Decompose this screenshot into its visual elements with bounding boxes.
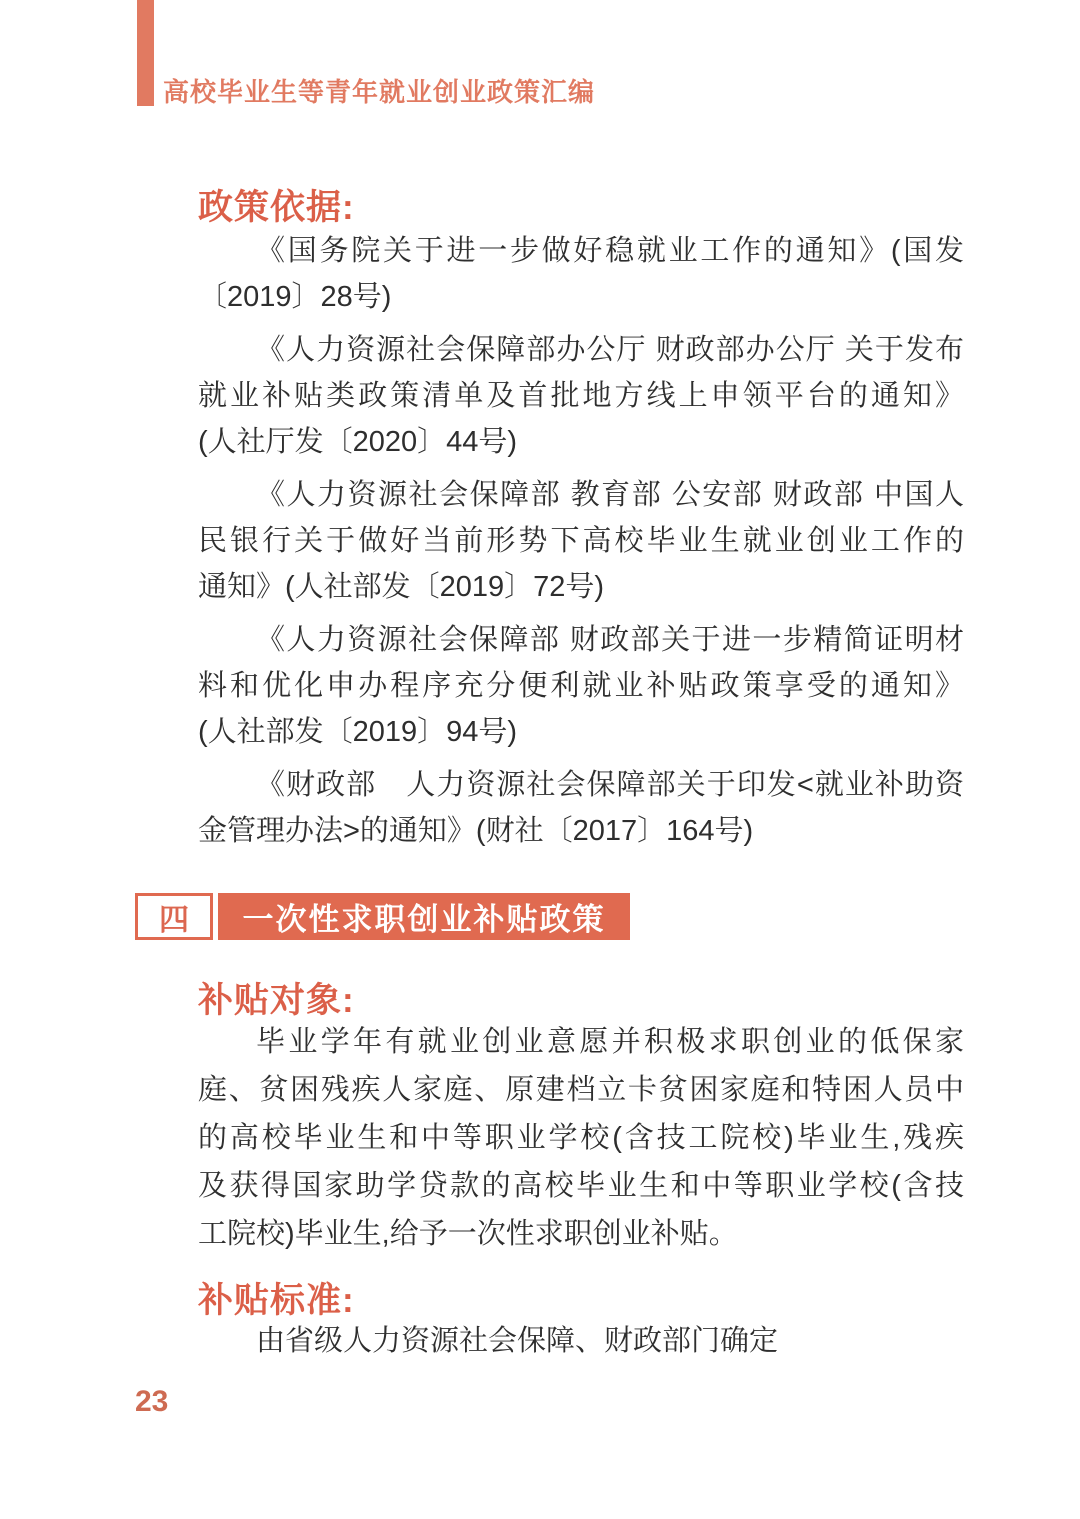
page-number: 23 bbox=[135, 1385, 168, 1419]
section-title: 一次性求职创业补贴政策 bbox=[243, 894, 606, 939]
subsidy-standard-paragraph: 由省级人力资源社会保障、财政部门确定 bbox=[198, 1317, 964, 1365]
text-line: 〔2019〕28号) bbox=[198, 274, 964, 320]
subsidy-target-heading: 补贴对象: bbox=[198, 973, 355, 1023]
text-line: 庭、贫困残疾人家庭、原建档立卡贫困家庭和特困人员中 bbox=[198, 1066, 964, 1114]
section-title-banner: 一次性求职创业补贴政策 bbox=[218, 893, 630, 940]
text-line: (人社厅发〔2020〕44号) bbox=[198, 419, 964, 465]
policy-paragraph: 《人力资源社会保障部办公厅 财政部办公厅 关于发布 就业补贴类政策清单及首批地方… bbox=[198, 327, 964, 465]
text-line: 由省级人力资源社会保障、财政部门确定 bbox=[198, 1317, 964, 1365]
text-line: 及获得国家助学贷款的高校毕业生和中等职业学校(含技 bbox=[198, 1162, 964, 1210]
section-number-box: 四 bbox=[135, 893, 213, 940]
text-line: 料和优化申办程序充分便利就业补贴政策享受的通知》 bbox=[198, 663, 964, 709]
text-line: 民银行关于做好当前形势下高校毕业生就业创业工作的 bbox=[198, 518, 964, 564]
text-line: 通知》(人社部发〔2019〕72号) bbox=[198, 564, 964, 610]
policy-paragraph: 《人力资源社会保障部 教育部 公安部 财政部 中国人 民银行关于做好当前形势下高… bbox=[198, 472, 964, 610]
text-line: 《财政部 人力资源社会保障部关于印发<就业补助资 bbox=[198, 762, 964, 808]
document-page: 高校毕业生等青年就业创业政策汇编 政策依据: 《国务院关于进一步做好稳就业工作的… bbox=[0, 0, 1080, 1519]
subsidy-target-paragraph: 毕业学年有就业创业意愿并积极求职创业的低保家 庭、贫困残疾人家庭、原建档立卡贫困… bbox=[198, 1018, 964, 1258]
text-line: 《国务院关于进一步做好稳就业工作的通知》(国发 bbox=[198, 228, 964, 274]
header-accent-bar bbox=[137, 0, 154, 106]
text-line: 金管理办法>的通知》(财社〔2017〕164号) bbox=[198, 808, 964, 854]
page-header-title: 高校毕业生等青年就业创业政策汇编 bbox=[163, 72, 595, 109]
policy-paragraph: 《人力资源社会保障部 财政部关于进一步精简证明材 料和优化申办程序充分便利就业补… bbox=[198, 617, 964, 755]
text-line: 《人力资源社会保障部办公厅 财政部办公厅 关于发布 bbox=[198, 327, 964, 373]
text-line: 的高校毕业生和中等职业学校(含技工院校)毕业生,残疾 bbox=[198, 1114, 964, 1162]
text-line: (人社部发〔2019〕94号) bbox=[198, 709, 964, 755]
text-line: 毕业学年有就业创业意愿并积极求职创业的低保家 bbox=[198, 1018, 964, 1066]
text-line: 就业补贴类政策清单及首批地方线上申领平台的通知》 bbox=[198, 373, 964, 419]
subsidy-standard-heading: 补贴标准: bbox=[198, 1273, 355, 1323]
policy-paragraph: 《国务院关于进一步做好稳就业工作的通知》(国发 〔2019〕28号) bbox=[198, 228, 964, 320]
section-number: 四 bbox=[159, 895, 189, 939]
text-line: 《人力资源社会保障部 财政部关于进一步精简证明材 bbox=[198, 617, 964, 663]
text-line: 工院校)毕业生,给予一次性求职创业补贴。 bbox=[198, 1210, 964, 1258]
policy-paragraph: 《财政部 人力资源社会保障部关于印发<就业补助资 金管理办法>的通知》(财社〔2… bbox=[198, 762, 964, 854]
text-line: 《人力资源社会保障部 教育部 公安部 财政部 中国人 bbox=[198, 472, 964, 518]
policy-basis-paragraphs: 《国务院关于进一步做好稳就业工作的通知》(国发 〔2019〕28号) 《人力资源… bbox=[198, 228, 964, 861]
policy-basis-heading: 政策依据: bbox=[198, 180, 355, 230]
